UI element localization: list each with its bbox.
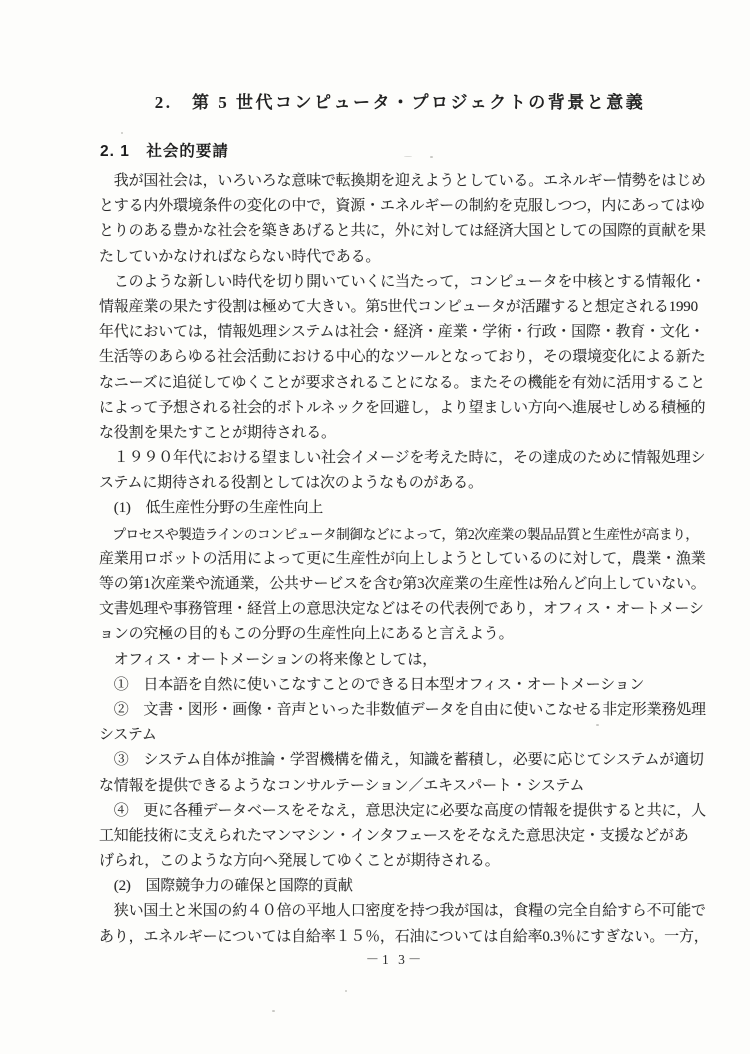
text-line: げられ，このような方向へ発展してゆくことが期待される。	[99, 849, 717, 874]
text-line: ステムに期待される役割としては次のようなものがある。	[99, 471, 717, 496]
text-line: １９９０年代における望ましい社会イメージを考えた時に，その達成のために情報処理シ	[99, 446, 717, 471]
scan-speck	[596, 724, 599, 726]
text-line: たしていかなければならない時代である。	[99, 245, 717, 270]
text-line: ② 文書・図形・画像・音声といった非数値データを自由に使いこなせる非定形業務処理	[99, 698, 717, 723]
text-line: 我が国社会は，いろいろな意味で転換期を迎えようとしている。エネルギー情勢をはじめ	[99, 169, 717, 194]
text-line: とする内外環境条件の変化の中で，資源・エネルギーの制約を克服しつつ，内にあっては…	[99, 194, 717, 219]
body-text: 我が国社会は，いろいろな意味で転換期を迎えようとしている。エネルギー情勢をはじめ…	[99, 169, 717, 950]
text-line: 産業用ロボットの活用によって更に生産性が向上しようとしているのに対して，農業・漁…	[99, 547, 717, 572]
scanned-document-page: 2. 第 5 世代コンピュータ・プロジェクトの背景と意義 2. 1 社会的要請 …	[0, 0, 750, 1054]
scan-speck	[345, 990, 347, 992]
scan-speck	[272, 1010, 275, 1012]
text-line: 等の第1次産業や流通業，公共サービスを含む第3次産業の生産性は殆んど向上していな…	[99, 572, 717, 597]
text-line: な役割を果たすことが期待される。	[99, 421, 717, 446]
page-number: －1 3－	[0, 948, 750, 968]
section-heading: 2. 1 社会的要請	[100, 139, 229, 161]
text-line: 工知能技術に支えられたマンマシン・インタフェースをそなえた意思決定・支援などがあ	[99, 824, 717, 849]
text-line: プロセスや製造ラインのコンピュータ制御などによって，第2次産業の製品品質と生産性…	[99, 522, 717, 547]
scan-speck	[404, 156, 412, 157]
text-line: システム	[99, 723, 717, 748]
text-line: あり，エネルギーについては自給率１５％，石油については自給率0.3％にすぎない。…	[99, 925, 717, 950]
document-title: 2. 第 5 世代コンピュータ・プロジェクトの背景と意義	[90, 88, 710, 113]
text-line: な情報を提供できるようなコンサルテーション／エキスパート・システム	[99, 774, 717, 799]
text-line: とりのある豊かな社会を築きあげると共に，外に対しては経済大国としての国際的貢献を…	[99, 219, 717, 244]
text-line: ョンの究極の目的もこの分野の生産性向上にあると言えよう。	[99, 622, 717, 647]
text-line: によって予想される社会的ボトルネックを回避し，より望ましい方向へ進展せしめる積極…	[99, 396, 717, 421]
text-line: (2) 国際競争力の確保と国際的貢献	[99, 874, 717, 899]
text-line: 文書処理や事務管理・経営上の意思決定などはその代表例であり，オフィス・オートメー…	[99, 597, 717, 622]
text-line: 情報産業の果たす役割は極めて大きい。第5世代コンピュータが活躍すると想定される1…	[99, 295, 717, 320]
text-line: ④ 更に各種データベースをそなえ，意思決定に必要な高度の情報を提供すると共に，人	[99, 799, 717, 824]
text-line: 生活等のあらゆる社会活動における中心的なツールとなっており，その環境変化による新…	[99, 345, 717, 370]
text-line: 年代においては，情報処理システムは社会・経済・産業・学術・行政・国際・教育・文化…	[99, 320, 717, 345]
text-line: オフィス・オートメーションの将来像としては，	[99, 648, 717, 673]
text-line: (1) 低生産性分野の生産性向上	[99, 496, 717, 521]
text-line: 狭い国土と米国の約４０倍の平地人口密度を持つ我が国は，食糧の完全自給すら不可能で	[99, 899, 717, 924]
text-line: このような新しい時代を切り開いていくに当たって，コンピュータを中核とする情報化・	[99, 270, 717, 295]
text-line: ③ システム自体が推論・学習機構を備え，知識を蓄積し，必要に応じてシステムが適切	[99, 748, 717, 773]
text-line: なニーズに追従してゆくことが要求されることになる。またその機能を有効に活用するこ…	[99, 371, 717, 396]
scan-speck	[430, 156, 433, 158]
text-line: ① 日本語を自然に使いこなすことのできる日本型オフィス・オートメーション	[99, 673, 717, 698]
scan-speck	[121, 132, 123, 134]
